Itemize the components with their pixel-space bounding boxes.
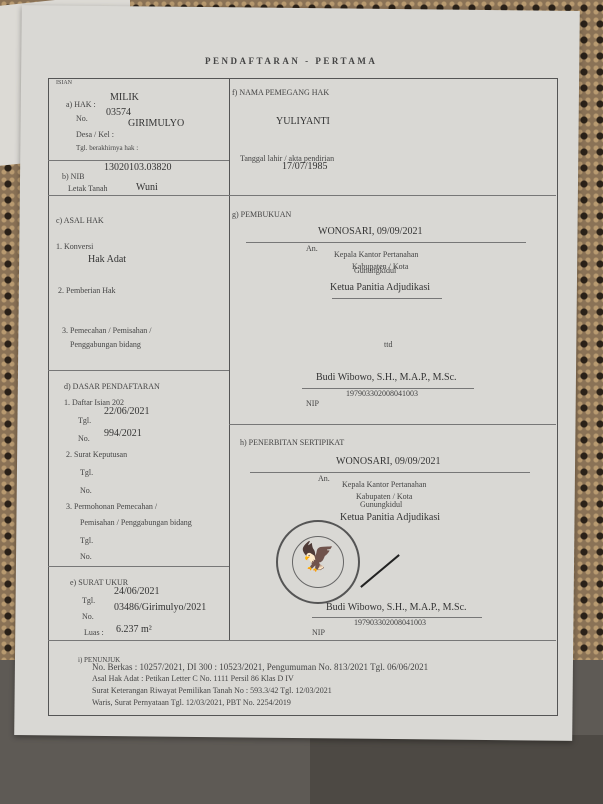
- divider: [250, 472, 530, 473]
- letak-tanah-label: Letak Tanah: [68, 184, 108, 193]
- pembukuan-kepala: Kepala Kantor Pertanahan: [334, 250, 418, 259]
- desa-value: GIRIMULYO: [128, 118, 184, 129]
- nama-pemegang-hak-value: YULIYANTI: [276, 116, 330, 127]
- permohonan-no-label: No.: [80, 552, 92, 561]
- daftar-isian-no-value: 994/2021: [104, 428, 142, 439]
- garuda-emblem-icon: 🦅: [300, 540, 335, 574]
- pembukuan-nip-label: NIP: [306, 399, 319, 408]
- desa-label: Desa / Kel :: [76, 130, 114, 139]
- pembukuan-official-name: Budi Wibowo, S.H., M.A.P., M.Sc.: [316, 372, 457, 383]
- konversi-value: Hak Adat: [88, 254, 126, 265]
- konversi-label: 1. Konversi: [56, 242, 93, 251]
- nib-value: 13020103.03820: [104, 162, 172, 173]
- surat-ukur-tgl-label: Tgl.: [82, 596, 95, 605]
- hak-label: a) HAK :: [66, 100, 96, 109]
- divider: [246, 242, 526, 243]
- no-label: No.: [76, 114, 88, 123]
- penerbitan-official-name: Budi Wibowo, S.H., M.A.P., M.Sc.: [326, 602, 467, 613]
- daftar-isian-tgl-value: 22/06/2021: [104, 406, 150, 417]
- document-title: PENDAFTARAN - PERTAMA: [205, 56, 377, 66]
- luas-value: 6.237 m²: [116, 624, 152, 635]
- penunjuk-line-2: Asal Hak Adat : Petikan Letter C No. 111…: [92, 674, 294, 683]
- pembukuan-an: An.: [306, 244, 318, 253]
- divider: [332, 298, 442, 299]
- nama-pemegang-hak-label: f) NAMA PEMEGANG HAK: [232, 88, 329, 97]
- penunjuk-line-1: No. Berkas : 10257/2021, DI 300 : 10523/…: [92, 662, 428, 672]
- nib-label: b) NIB: [62, 172, 84, 181]
- tanggal-lahir-value: 17/07/1985: [282, 161, 328, 172]
- surat-ukur-no-value: 03486/Girimulyo/2021: [114, 602, 206, 613]
- hak-value: MILIK: [110, 92, 139, 103]
- penerbitan-nip-label: NIP: [312, 628, 325, 637]
- pembukuan-kabupaten-value: Gunungkidul: [354, 266, 396, 275]
- form-table: [48, 78, 558, 716]
- penerbitan-kepala: Kepala Kantor Pertanahan: [342, 480, 426, 489]
- penerbitan-place-date: WONOSARI, 09/09/2021: [336, 456, 440, 467]
- pemecahan-label: 3. Pemecahan / Pemisahan /: [62, 326, 152, 335]
- pembukuan-place-date: WONOSARI, 09/09/2021: [318, 226, 422, 237]
- no-value: 03574: [106, 107, 131, 118]
- permohonan-tgl-label: Tgl.: [80, 536, 93, 545]
- surat-keputusan-no-label: No.: [80, 486, 92, 495]
- dasar-pendaftaran-label: d) DASAR PENDAFTARAN: [64, 382, 160, 391]
- divider: [229, 424, 556, 425]
- penerbitan-sertipikat-label: h) PENERBITAN SERTIPIKAT: [240, 438, 344, 447]
- pemberian-hak-label: 2. Pemberian Hak: [58, 286, 116, 295]
- surat-ukur-tgl-value: 24/06/2021: [114, 586, 160, 597]
- penunjuk-line-4: Waris, Surat Pernyataan Tgl. 12/03/2021,…: [92, 698, 291, 707]
- column-divider: [229, 78, 230, 640]
- permohonan-label: 3. Permohonan Pemecahan /: [66, 502, 157, 511]
- penerbitan-kabupaten-value: Gunungkidul: [360, 500, 402, 509]
- permohonan-bidang-label: Pemisahan / Penggabungan bidang: [80, 518, 192, 527]
- letak-tanah-value: Wuni: [136, 182, 158, 193]
- luas-label: Luas :: [84, 628, 104, 637]
- asal-hak-label: c) ASAL HAK: [56, 216, 104, 225]
- penerbitan-an: An.: [318, 474, 330, 483]
- divider: [48, 195, 556, 196]
- pembukuan-ttd: ttd: [384, 340, 392, 349]
- penunjuk-line-3: Surat Keterangan Riwayat Pemilikan Tanah…: [92, 686, 332, 695]
- daftar-isian-no-label: No.: [78, 434, 90, 443]
- pembukuan-ketua: Ketua Panitia Adjudikasi: [330, 282, 430, 293]
- daftar-isian-tgl-label: Tgl.: [78, 416, 91, 425]
- surat-keputusan-tgl-label: Tgl.: [80, 468, 93, 477]
- divider: [48, 370, 229, 371]
- penerbitan-ketua: Ketua Panitia Adjudikasi: [340, 512, 440, 523]
- official-stamp: 🦅: [276, 520, 360, 604]
- corner-label: ISIAN: [56, 80, 72, 86]
- divider: [48, 160, 229, 161]
- surat-ukur-no-label: No.: [82, 612, 94, 621]
- floor-shadow: [310, 735, 603, 804]
- tgl-berakhir-label: Tgl. berakhirnya hak :: [76, 144, 138, 152]
- penerbitan-nip-value: 197903302008041003: [354, 618, 426, 627]
- divider: [48, 566, 229, 567]
- penggabungan-label: Penggabungan bidang: [70, 340, 141, 349]
- pembukuan-label: g) PEMBUKUAN: [232, 210, 291, 219]
- surat-keputusan-label: 2. Surat Keputusan: [66, 450, 127, 459]
- divider: [48, 640, 556, 641]
- pembukuan-nip-value: 197903302008041003: [346, 389, 418, 398]
